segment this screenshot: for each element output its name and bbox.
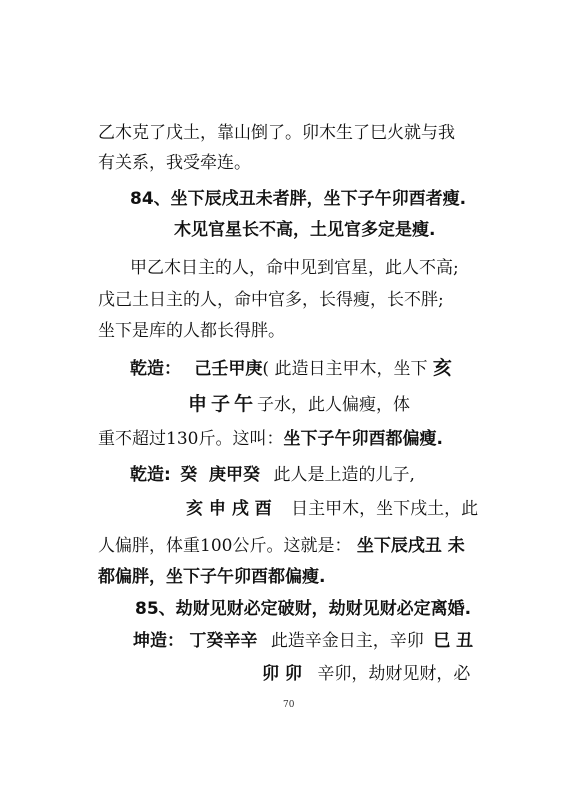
chart-line: 乾造： 己壬甲庚( 此造日主甲木，坐下 亥 bbox=[130, 357, 452, 380]
branches: 亥 申 戌 酉 bbox=[186, 499, 272, 519]
text: 84、坐下辰戌丑未者胖，坐下子午卯酉者瘦. bbox=[130, 189, 466, 209]
label: 坤造： bbox=[133, 631, 184, 651]
branches: 申子午 bbox=[188, 393, 257, 415]
text: 乙木克了戊土，靠山倒了。卯木生了巳火就与我 bbox=[98, 123, 455, 143]
chart-line: 卯 卯 辛卯，劫财见财，必 bbox=[262, 663, 470, 685]
branches: 巳 丑 bbox=[433, 631, 473, 651]
page-number: 70 bbox=[283, 700, 294, 710]
text-line: 乙木克了戊土，靠山倒了。卯木生了巳火就与我 bbox=[98, 122, 455, 144]
text: 重不超过130斤。这叫： bbox=[98, 429, 283, 449]
chart-line: 申子午子水，此人偏瘦，体 bbox=[188, 393, 410, 416]
stems: 己壬甲庚 bbox=[194, 359, 262, 379]
text: 子水，此人偏瘦，体 bbox=[257, 395, 410, 415]
section-heading-84: 84、坐下辰戌丑未者胖，坐下子午卯酉者瘦. bbox=[130, 188, 466, 210]
chart-line: 乾造: 癸 庚甲癸 此人是上造的儿子, bbox=[130, 464, 415, 486]
text: 日主甲木，坐下戌土，此 bbox=[291, 499, 478, 519]
label: 乾造： bbox=[130, 359, 181, 379]
chart-line: 亥 申 戌 酉 日主甲木，坐下戌土，此 bbox=[186, 498, 478, 520]
text: 都偏胖，坐下子午卯酉都偏瘦. bbox=[98, 567, 325, 587]
emphasis: 坐下辰戌丑 未 bbox=[357, 536, 465, 556]
label: 乾造: bbox=[130, 465, 171, 485]
text-line: 都偏胖，坐下子午卯酉都偏瘦. bbox=[98, 566, 325, 588]
text-line: 戊己土日主的人，命中官多，长得瘦，长不胖; bbox=[98, 289, 444, 311]
text-line: 人偏胖，体重100公斤。这就是： 坐下辰戌丑 未 bbox=[98, 535, 465, 557]
text: 木见官星长不高，土见官多定是瘦. bbox=[174, 220, 435, 240]
text: 辛卯，劫财见财，必 bbox=[317, 664, 470, 684]
text: 人偏胖，体重100公斤。这就是： bbox=[98, 536, 351, 556]
text: 此造辛金日主，辛卯 bbox=[271, 631, 424, 651]
text: 有关系，我受牵连。 bbox=[98, 153, 251, 173]
chart-line: 坤造： 丁癸辛辛 此造辛金日主，辛卯 巳 丑 bbox=[133, 630, 473, 652]
stems: 丁癸辛辛 bbox=[189, 631, 257, 651]
text-line: 有关系，我受牵连。 bbox=[98, 152, 251, 174]
text: 此人是上造的儿子, bbox=[273, 465, 414, 485]
text-line: 重不超过130斤。这叫：坐下子午卯酉都偏瘦. bbox=[98, 428, 443, 450]
branches: 卯 卯 bbox=[262, 664, 302, 684]
text-line: 甲乙木日主的人，命中见到官星，此人不高; bbox=[130, 257, 459, 279]
text: 85、劫财见财必定破财，劫财见财必定离婚. bbox=[135, 599, 471, 619]
emphasis: 坐下子午卯酉都偏瘦. bbox=[283, 429, 442, 449]
text: ( 此造日主甲木，坐下 bbox=[262, 359, 427, 379]
section-heading-85: 85、劫财见财必定破财，劫财见财必定离婚. bbox=[135, 598, 471, 620]
text: 戊己土日主的人，命中官多，长得瘦，长不胖; bbox=[98, 290, 444, 310]
text: 坐下是库的人都长得胖。 bbox=[98, 321, 285, 341]
stems: 癸 庚甲癸 bbox=[180, 465, 260, 485]
branch: 亥 bbox=[433, 357, 452, 379]
text-line: 坐下是库的人都长得胖。 bbox=[98, 320, 285, 342]
text: 甲乙木日主的人，命中见到官星，此人不高; bbox=[130, 258, 459, 278]
section-subheading: 木见官星长不高，土见官多定是瘦. bbox=[174, 219, 435, 241]
